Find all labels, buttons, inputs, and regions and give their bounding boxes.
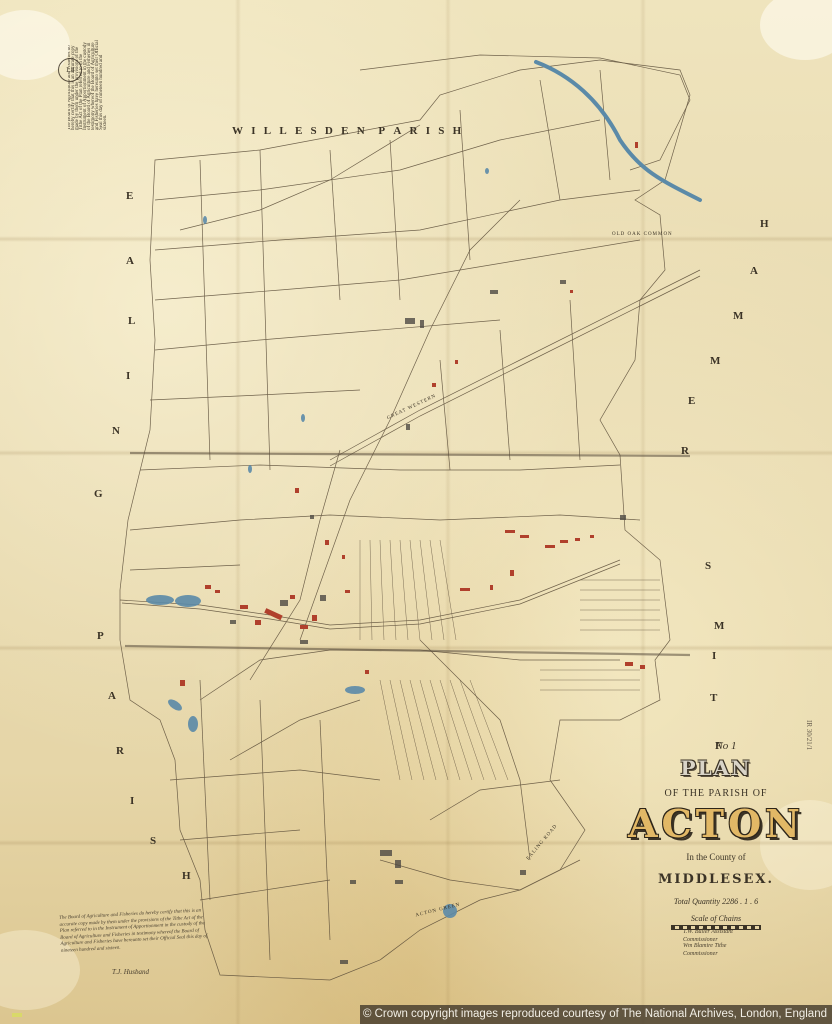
pond: [345, 686, 365, 694]
scale-label: Scale of Chains: [600, 914, 832, 923]
parish-letter-m3-east: M: [714, 620, 724, 632]
pond: [146, 595, 174, 605]
pond: [301, 414, 305, 422]
title-plan: PLAN: [600, 756, 832, 780]
parish-letter-i: I: [126, 370, 130, 382]
total-quantity: Total Quantity 2286 . 1 . 6: [600, 897, 832, 906]
parish-letter-s-east: S: [705, 560, 711, 572]
parish-letter-r: R: [116, 745, 124, 757]
archive-label-tag: [12, 1013, 22, 1017]
map-title-block: No 1 PLAN OF THE PARISH OF ACTON In the …: [600, 740, 832, 930]
pond: [203, 216, 207, 224]
parish-letter-p: P: [97, 630, 104, 642]
parish-letter-t-east: T: [710, 692, 717, 704]
pond: [485, 168, 489, 174]
parish-letter-e: E: [126, 190, 133, 202]
parish-letter-i2: I: [130, 795, 134, 807]
parish-letter-a: A: [126, 255, 134, 267]
parish-letter-i-east: I: [712, 650, 716, 662]
parish-letter-s: S: [150, 835, 156, 847]
certification-text: The Board of Agriculture and Fisheries d…: [59, 908, 209, 955]
margin-note-handwriting: The Board of Agriculture and Fisheries d…: [68, 40, 118, 130]
parish-letter-h: H: [182, 870, 191, 882]
pond: [248, 465, 252, 473]
signature-tithe-commissioner: Wm Blamire Tithe Commissioner: [683, 942, 753, 958]
parish-letter-g: G: [94, 488, 103, 500]
pond: [188, 716, 198, 732]
title-parish-name: ACTON: [600, 801, 832, 846]
parish-letter-r-east: R: [681, 445, 689, 457]
parish-letter-a-east: A: [750, 265, 758, 277]
label-old-oak-common: OLD OAK COMMON: [612, 232, 673, 237]
pond: [166, 697, 184, 713]
parish-letter-a2: A: [108, 690, 116, 702]
parish-letter-m-east: M: [733, 310, 743, 322]
pond: [175, 595, 201, 607]
reference-code: IR 30/21/1: [805, 720, 813, 750]
parish-letter-m2-east: M: [710, 355, 720, 367]
title-of-the-parish: OF THE PARISH OF: [600, 788, 832, 799]
parish-letter-h-east: H: [760, 218, 769, 230]
parish-letter-l: L: [128, 315, 135, 327]
canal-water: [536, 62, 700, 200]
copyright-notice: © Crown copyright images reproduced cour…: [360, 1005, 832, 1024]
tithe-map-sheet: W I L L E S D E N P A R I S H E A L I N …: [0, 0, 832, 1024]
plan-number: No 1: [620, 740, 832, 752]
parish-name-willesden: W I L L E S D E N P A R I S H: [232, 125, 461, 137]
parish-letter-e-east: E: [688, 395, 695, 407]
parish-letter-n: N: [112, 425, 120, 437]
signature-husband: T.J. Husband: [112, 968, 149, 976]
title-in-county: In the County of: [600, 852, 832, 862]
title-county: MIDDLESEX.: [600, 872, 832, 887]
